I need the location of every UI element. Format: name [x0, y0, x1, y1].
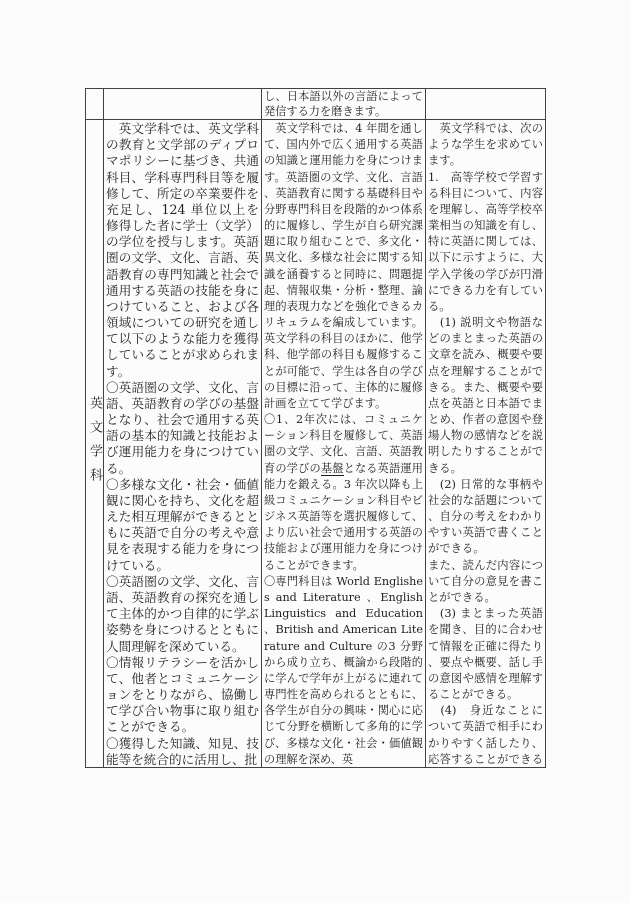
diploma-bullet-5-truncated: 〇獲得した知識、知見、技能等を統合的に活用し、批	[106, 736, 259, 767]
carryover-text: し、日本語以外の言語によって発信する力を磨きます。	[264, 90, 423, 119]
dept-vertical-label: 英文学科	[86, 396, 103, 492]
diploma-policy-cell: 英文学科では、英文学科の教育と文学部のディプロマポリシーに基づき、共通科目、学科…	[104, 120, 262, 767]
admission-paragraph-intro: 英文学科では、次のような学生を求めています。	[428, 121, 543, 170]
admission-policy-cell: 英文学科では、次のような学生を求めています。 1. 高等学校で学習する科目につい…	[426, 120, 545, 767]
curriculum-paragraph-intro: 英文学科では、4 年間を通して、国内外で広く通用する英語の知識と運用能力を身につ…	[264, 121, 423, 412]
admission-item-1-2: (2) 日常的な事柄や社会的な話題について、自分の考えをわかりやすい英語で書くこ…	[428, 477, 543, 558]
policy-table: し、日本語以外の言語によって発信する力を磨きます。 英文学科 英文学科では、英文…	[85, 88, 546, 768]
admission-carryover-cell	[426, 89, 545, 120]
admission-item-1-3: (3) まとまった英語を聞き、目的に合わせて情報を正確に得たり、要点や概要、話し…	[428, 606, 543, 703]
curriculum-bullet-1: 〇1、2年次には、コミュニケーション科目を履修して、英語圏の文学、文化、言語、英…	[264, 412, 423, 574]
curriculum-carryover-cell: し、日本語以外の言語によって発信する力を磨きます。	[262, 89, 426, 120]
diploma-carryover-cell	[104, 89, 262, 120]
curriculum-bullet-2-truncated: 〇専門科目は World Englishes and Literature 、E…	[264, 574, 423, 767]
admission-item-1: 1. 高等学校で学習する科目について、内容を理解し、高等学校卒業相当の知識を有し…	[428, 170, 543, 316]
admission-item-1-4: (4) 身近なことについて英語で相手にわかりやすく話したり、応答することができる…	[428, 703, 543, 767]
admission-item-1-2-note: また、読んだ内容について自分の意見を書ことができる。	[428, 558, 543, 607]
diploma-paragraph-intro: 英文学科では、英文学科の教育と文学部のディプロマポリシーに基づき、共通科目、学科…	[106, 121, 259, 380]
diploma-bullet-3: 〇英語圏の文学、文化、言語、英語教育の探究を通して主体的かつ自律的に学ぶ姿勢を身…	[106, 574, 259, 655]
dept-label-cell: 英文学科	[86, 120, 104, 767]
curriculum-bullet-1-underlined: 基盤	[321, 462, 344, 476]
dept-label-cell-top	[86, 89, 104, 120]
document-page: し、日本語以外の言語によって発信する力を磨きます。 英文学科 英文学科では、英文…	[0, 0, 630, 903]
diploma-bullet-4: 〇情報リテラシーを活かして、他者とコミュニケーションをとりながら、協働して学び合…	[106, 655, 259, 736]
diploma-bullet-1: 〇英語圏の文学、文化、言語、英語教育の学びの基盤となり、社会で通用する英語の基本…	[106, 380, 259, 477]
curriculum-bullet-1-post: となる英語運用能力を鍛える。3 年次以降も上級コミュニケーション科目やビジネス英…	[264, 462, 423, 572]
admission-item-1-1: (1) 説明文や物語などのまとまった英語の文章を読み、概要や要点を理解することが…	[428, 315, 543, 477]
diploma-bullet-2: 〇多様な文化・社会・価値観に関心を持ち、文化を超えた相互理解ができるとともに英語…	[106, 477, 259, 574]
curriculum-policy-cell: 英文学科では、4 年間を通して、国内外で広く通用する英語の知識と運用能力を身につ…	[262, 120, 426, 767]
